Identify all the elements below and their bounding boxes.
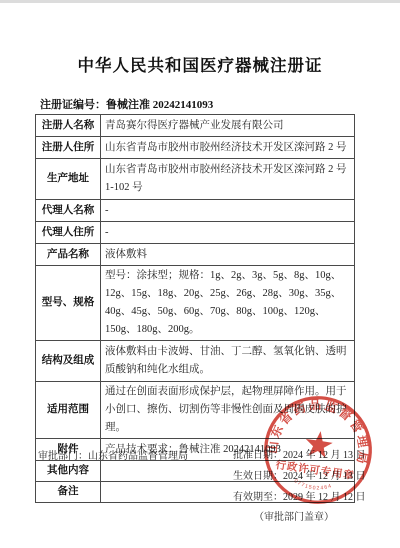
field-label-cell: 注册人住所 — [36, 137, 101, 159]
field-label-cell: 结构及组成 — [36, 341, 101, 382]
field-label-cell: 产品名称 — [36, 244, 101, 266]
field-label-cell: 其他内容 — [36, 461, 101, 482]
scan-edge-line — [0, 0, 400, 3]
field-label-cell: 备注 — [36, 482, 101, 503]
stamp-code: 0771502464 — [292, 478, 334, 494]
table-row: 产品名称 液体敷料 — [36, 244, 355, 266]
table-row: 结构及组成 液体敷料由卡波姆、甘油、丁二醇、氢氧化钠、透明质酸钠和纯化水组成。 — [36, 341, 355, 382]
field-label-cell: 代理人名称 — [36, 200, 101, 222]
stamp-banner-text: 行政许可专用章 — [275, 458, 356, 482]
field-label-cell: 注册人名称 — [36, 115, 101, 137]
svg-text:0771502464: 0771502464 — [292, 478, 334, 494]
seal-note: （审批部门盖章） — [254, 508, 334, 523]
field-label-cell: 代理人住所 — [36, 222, 101, 244]
official-stamp: 山东省药品监督管理局 行政许可专用章 0771502464 — [254, 386, 383, 515]
svg-text:山东省药品监督管理局: 山东省药品监督管理局 — [264, 390, 377, 468]
table-row: 代理人住所 - — [36, 222, 355, 244]
field-value-cell: - — [101, 222, 355, 244]
field-value-cell: 山东省青岛市胶州市胶州经济技术开发区滦河路 2 号 — [101, 137, 355, 159]
stamp-star-icon — [304, 429, 334, 458]
table-row: 型号、规格 型号：涂抹型；规格：1g、2g、3g、5g、8g、10g、12g、1… — [36, 266, 355, 341]
table-row: 代理人名称 - — [36, 200, 355, 222]
field-value-cell: 型号：涂抹型；规格：1g、2g、3g、5g、8g、10g、12g、15g、18g… — [101, 266, 355, 341]
page-title: 中华人民共和国医疗器械注册证 — [0, 52, 400, 76]
approval-dept-line: 审批部门：山东省药品监督管理局 — [38, 447, 188, 462]
field-label-cell: 适用范围 — [36, 382, 101, 439]
field-value-cell: - — [101, 200, 355, 222]
cert-number-line: 注册证编号：鲁械注准 20242141093 — [40, 96, 213, 112]
field-value-cell: 液体敷料由卡波姆、甘油、丁二醇、氢氧化钠、透明质酸钠和纯化水组成。 — [101, 341, 355, 382]
field-value-cell: 青岛赛尔得医疗器械产业发展有限公司 — [101, 115, 355, 137]
field-label-cell: 型号、规格 — [36, 266, 101, 341]
certificate-page: 中华人民共和国医疗器械注册证 注册证编号：鲁械注准 20242141093 注册… — [0, 0, 400, 548]
field-label-cell: 生产地址 — [36, 159, 101, 200]
table-row: 生产地址 山东省青岛市胶州市胶州经济技术开发区滦河路 2 号 1-102 号 — [36, 159, 355, 200]
table-row: 注册人名称 青岛赛尔得医疗器械产业发展有限公司 — [36, 115, 355, 137]
table-row: 注册人住所 山东省青岛市胶州市胶州经济技术开发区滦河路 2 号 — [36, 137, 355, 159]
field-value-cell: 液体敷料 — [101, 244, 355, 266]
stamp-arc-text: 山东省药品监督管理局 — [264, 390, 377, 468]
field-value-cell: 山东省青岛市胶州市胶州经济技术开发区滦河路 2 号 1-102 号 — [101, 159, 355, 200]
